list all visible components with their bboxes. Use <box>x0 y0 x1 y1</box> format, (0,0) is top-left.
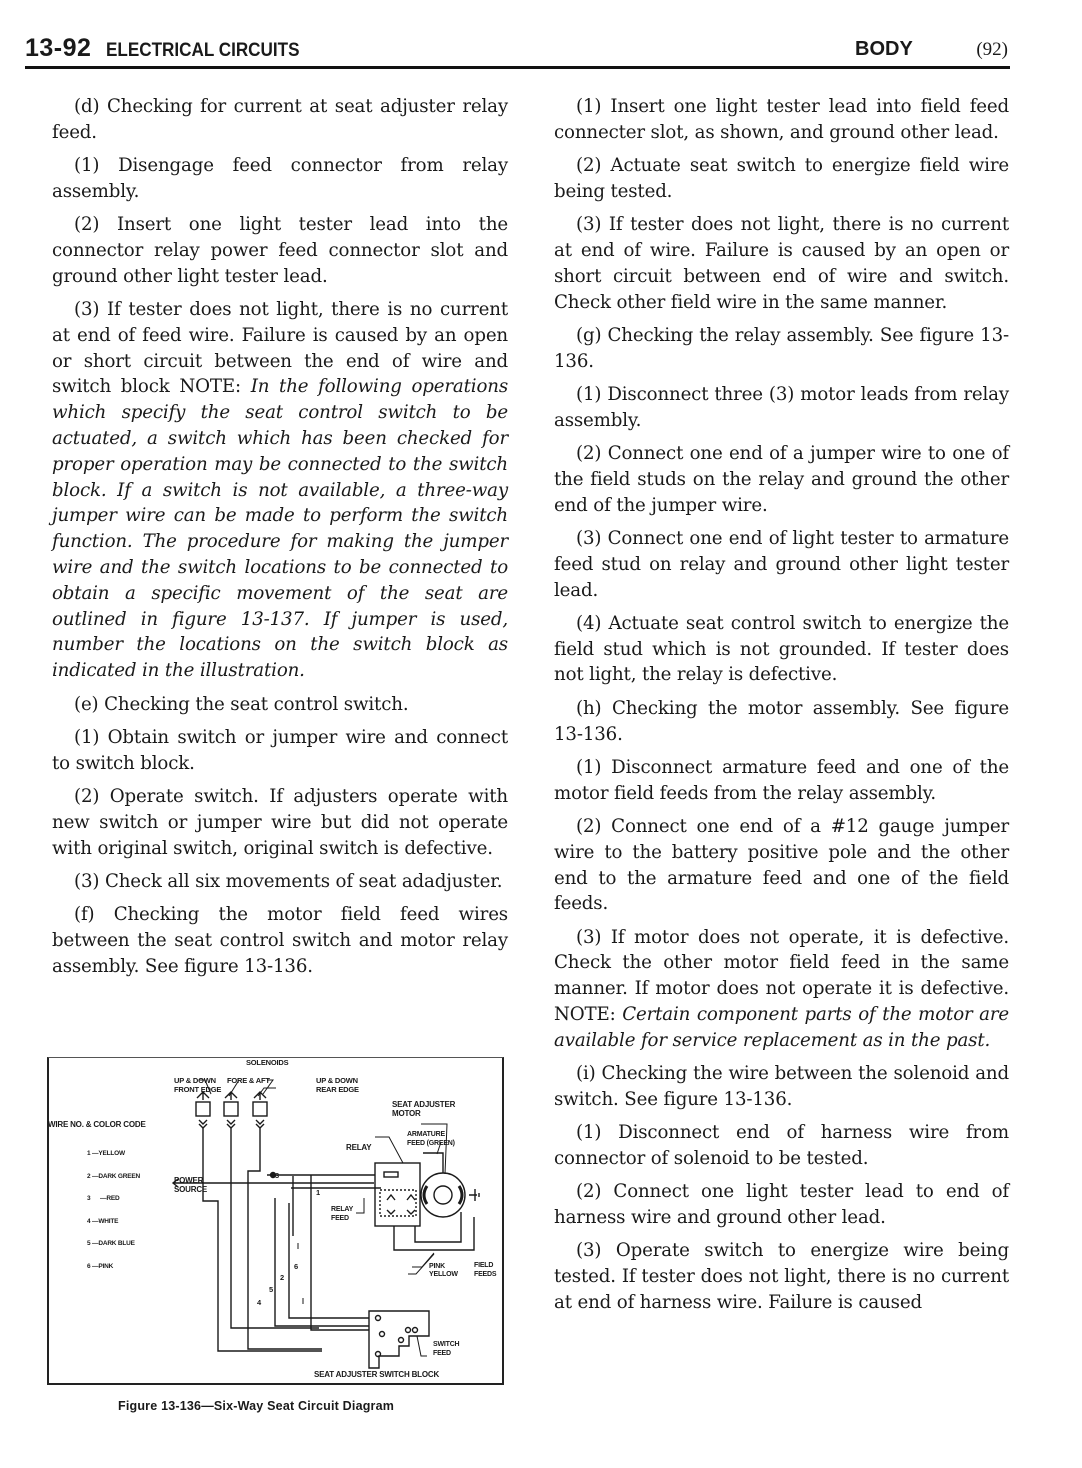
page-header: 13-92 ELECTRICAL CIRCUITS BODY (92) <box>25 34 1010 69</box>
wire-number: 2 <box>280 1273 284 1282</box>
label-armature-feed: ARMATURE FEED (GREEN) <box>407 1130 455 1148</box>
label-yellow: YELLOW <box>429 1270 458 1279</box>
paragraph: (3) Connect one end of light tester to a… <box>554 526 1009 603</box>
paragraph: (2) Connect one end of a #12 gauge jumpe… <box>554 814 1009 917</box>
paragraph-with-note: (3) If motor does not operate, it is def… <box>554 925 1009 1054</box>
circuit-diagram: SOLENOIDS UP & DOWN FRONT EDGE FORE & AF… <box>47 1057 504 1385</box>
wire-code-item: 3 —RED <box>87 1195 140 1203</box>
label-relay: RELAY <box>346 1143 371 1152</box>
paragraph: (2) Connect one light tester lead to end… <box>554 1179 1009 1231</box>
wire-code-item: 5 —DARK BLUE <box>87 1240 140 1248</box>
wire-number: 1 <box>316 1188 320 1197</box>
paragraph: (1) Insert one light tester lead into fi… <box>554 94 1009 146</box>
label-power-source: POWER SOURCE <box>174 1176 207 1194</box>
label-up-down-rear: UP & DOWN REAR EDGE <box>316 1076 359 1094</box>
paragraph: (f) Checking the motor field feed wires … <box>52 902 508 979</box>
paragraph: (3) If tester does not light, there is n… <box>554 212 1009 315</box>
chapter-title: BODY <box>855 38 913 61</box>
wire-code-title: WIRE NO. & COLOR CODE <box>48 1120 146 1129</box>
section-number: 13-92 <box>25 34 91 62</box>
paragraph: (2) Insert one light tester lead into th… <box>52 212 508 289</box>
wire-code-list: 1 —YELLOW 2 —DARK GREEN 3 —RED 4 —WHITE … <box>87 1135 140 1285</box>
paragraph: (3) Operate switch to energize wire bein… <box>554 1238 1009 1315</box>
paragraph: (g) Checking the relay assembly. See fig… <box>554 323 1009 375</box>
wire-code-item: 6 —PINK <box>87 1263 140 1271</box>
figure-caption: Figure 13-136—Six-Way Seat Circuit Diagr… <box>118 1399 394 1413</box>
paragraph: (d) Checking for current at seat adjuste… <box>52 94 508 146</box>
wire-number: 4 <box>257 1298 261 1307</box>
note-italic: In the following operations which specif… <box>52 376 508 681</box>
paragraph: (e) Checking the seat control switch. <box>52 692 508 718</box>
paragraph: (1) Disconnect armature feed and one of … <box>554 755 1009 807</box>
switch-block-icon <box>369 1311 429 1368</box>
motor-icon <box>421 1153 479 1217</box>
wire-number: 5 <box>269 1285 273 1294</box>
right-column: (1) Insert one light tester lead into fi… <box>554 94 1009 1323</box>
paragraph-with-note: (3) If tester does not light, there is n… <box>52 297 508 684</box>
page-number: (92) <box>976 39 1008 61</box>
paragraph: (2) Connect one end of a jumper wire to … <box>554 441 1009 518</box>
label-switch-block: SEAT ADJUSTER SWITCH BLOCK <box>314 1370 439 1379</box>
paragraph: (h) Checking the motor assembly. See fig… <box>554 696 1009 748</box>
label-field-feeds: FIELD FEEDS <box>474 1261 496 1279</box>
label-up-down-front: UP & DOWN FRONT EDGE <box>174 1076 221 1094</box>
paragraph: (1) Obtain switch or jumper wire and con… <box>52 725 508 777</box>
paragraph: (2) Operate switch. If adjusters operate… <box>52 784 508 861</box>
solenoid-icon <box>196 1092 210 1128</box>
paragraph: (1) Disconnect end of harness wire from … <box>554 1120 1009 1172</box>
paragraph: (2) Actuate seat switch to energize fiel… <box>554 153 1009 205</box>
wire-code-item: 1 —YELLOW <box>87 1150 140 1158</box>
solenoid-icon <box>224 1092 238 1128</box>
paragraph: (1) Disengage feed connector from relay … <box>52 153 508 205</box>
header-left: 13-92 ELECTRICAL CIRCUITS <box>25 34 321 63</box>
wire-code-item: 2 —DARK GREEN <box>87 1173 140 1181</box>
label-fore-aft: FORE & AFT <box>227 1076 270 1085</box>
label-seat-adjuster-motor: SEAT ADJUSTER MOTOR <box>392 1100 455 1118</box>
relay-icon <box>375 1163 420 1226</box>
paragraph: (3) Check all six movements of seat adad… <box>52 869 508 895</box>
paragraph: (i) Checking the wire between the soleno… <box>554 1061 1009 1113</box>
paragraph: (4) Actuate seat control switch to energ… <box>554 611 1009 688</box>
label-solenoids: SOLENOIDS <box>246 1058 288 1067</box>
solenoid-icon <box>253 1092 267 1128</box>
wire-number: 6 <box>294 1262 298 1271</box>
note-italic: Certain component parts of the motor are… <box>554 1004 1009 1051</box>
left-column: (d) Checking for current at seat adjuste… <box>52 94 508 987</box>
wire-code-item: 4 —WHITE <box>87 1218 140 1226</box>
paragraph: (1) Disconnect three (3) motor leads fro… <box>554 382 1009 434</box>
label-relay-feed: RELAY FEED <box>331 1205 353 1223</box>
section-title: ELECTRICAL CIRCUITS <box>106 40 299 62</box>
wire-number: 3 <box>275 1171 279 1180</box>
label-switch-feed: SWITCH FEED <box>433 1340 459 1358</box>
